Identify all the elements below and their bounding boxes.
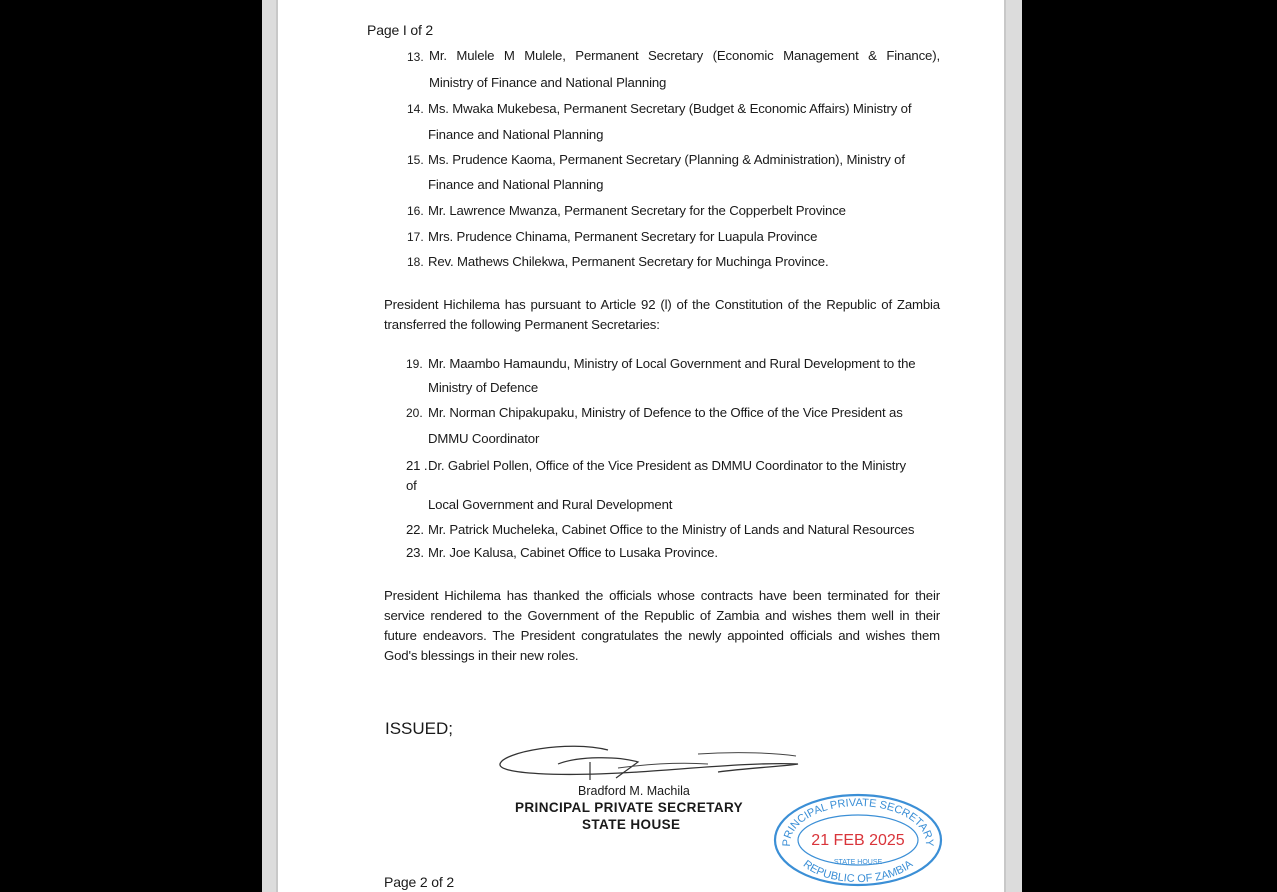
issued-label: ISSUED;	[385, 719, 453, 739]
document-page: Page I of 2 13. Mr. Mulele M Mulele, Per…	[278, 0, 1004, 892]
viewer-gutter-left	[262, 0, 278, 892]
signatory-title: PRINCIPAL PRIVATE SECRETARY	[515, 800, 743, 815]
official-stamp-icon: PRINCIPAL PRIVATE SECRETARY 21 FEB 2025 …	[772, 792, 944, 888]
signatory-name: Bradford M. Machila	[578, 784, 690, 798]
viewer-gutter-right	[1004, 0, 1022, 892]
page-header: Page I of 2	[367, 22, 433, 38]
svg-text:STATE HOUSE: STATE HOUSE	[834, 859, 883, 866]
svg-text:21 FEB 2025: 21 FEB 2025	[811, 832, 905, 849]
page-footer: Page 2 of 2	[384, 874, 454, 890]
signatory-office: STATE HOUSE	[582, 817, 680, 832]
